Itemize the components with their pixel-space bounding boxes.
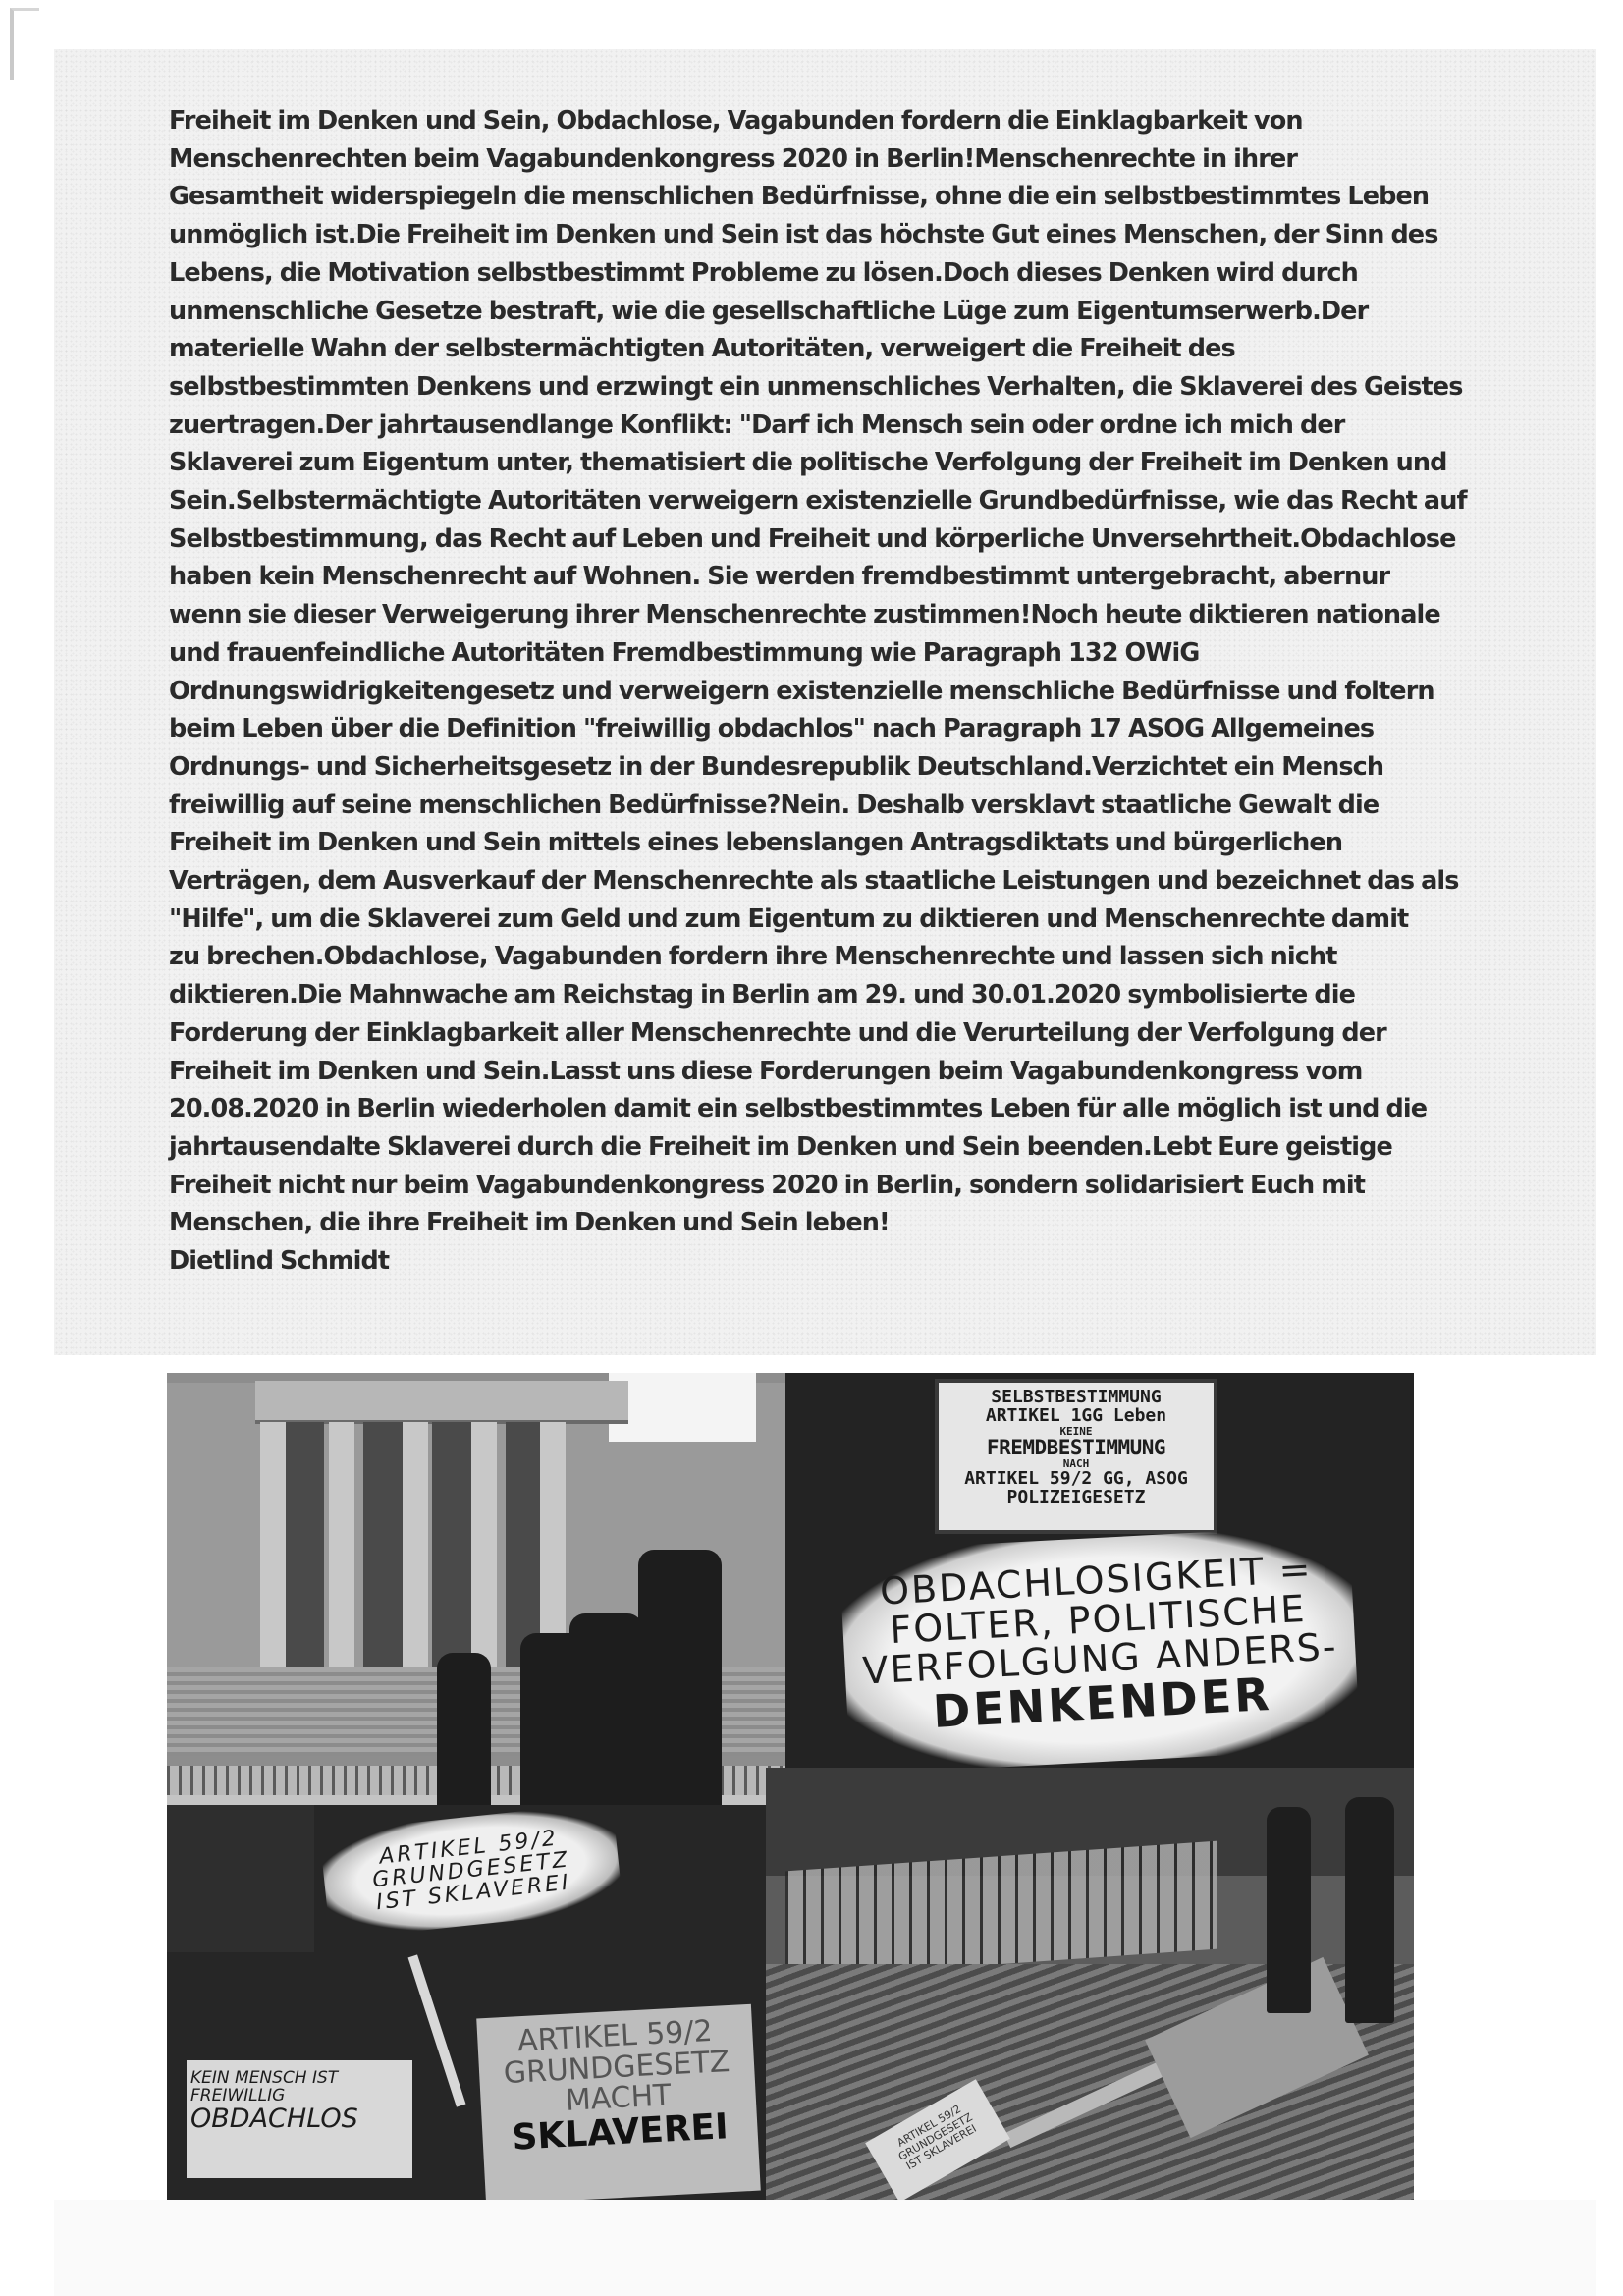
sign-grundgesetz-macht-sklaverei: ARTIKEL 59/2 GRUNDGESETZ MACHT SKLAVEREI (476, 2004, 761, 2200)
column-shadow (432, 1422, 471, 1667)
article-line: materielle Wahn der selbstermächtigten A… (169, 330, 1489, 368)
article-line: Ordnungs- und Sicherheitsgesetz in der B… (169, 748, 1489, 787)
article-line: unmöglich ist.Die Freiheit im Denken und… (169, 216, 1489, 254)
article-line: Freiheit im Denken und Sein mittels eine… (169, 824, 1489, 862)
article-line: beim Leben über die Definition "freiwill… (169, 710, 1489, 748)
photo-artikel-sign: ARTIKEL 59/2 GRUNDGESETZ IST SKLAVEREI (314, 1805, 785, 1952)
sign-text: FREMDBESTIMMUNG (939, 1437, 1214, 1458)
sign-text: FREIWILLIG (190, 2088, 408, 2105)
column (260, 1422, 286, 1667)
person-figure (1345, 1797, 1394, 2023)
article-line: Sein.Selbstermächtigte Autoritäten verwe… (169, 482, 1489, 520)
article-line: Freiheit im Denken und Sein.Lasst uns di… (169, 1053, 1489, 1091)
sign-selbstbestimmung: SELBSTBESTIMMUNG ARTIKEL 1GG Leben KEINE… (939, 1383, 1214, 1530)
article-line: Verträgen, dem Ausverkauf der Menschenre… (169, 862, 1489, 901)
article-line: diktieren.Die Mahnwache am Reichstag in … (169, 976, 1489, 1014)
photo-signs-bottom-left: KEIN MENSCH IST FREIWILLIG OBDACHLOS ART… (167, 1952, 795, 2200)
article-line: Gesamtheit widerspiegeln die menschliche… (169, 178, 1489, 216)
column (540, 1422, 566, 1667)
column-shadow (363, 1422, 403, 1667)
article-line: Selbstbestimmung, das Recht auf Leben un… (169, 520, 1489, 559)
sign-text: OBDACHLOS (190, 2105, 408, 2133)
person-figure (638, 1550, 722, 1805)
page-bottom-margin (54, 2200, 1596, 2296)
column (471, 1422, 497, 1667)
photo-barrier-pavement: ARTIKEL 59/2 GRUNDGESETZ IST SKLAVEREI (766, 1768, 1414, 2200)
sign-kein-mensch-freiwillig-obdachlos: KEIN MENSCH IST FREIWILLIG OBDACHLOS (187, 2060, 412, 2178)
article-body: Freiheit im Denken und Sein, Obdachlose,… (169, 102, 1489, 1281)
column (329, 1422, 354, 1667)
sign-pole (408, 1954, 466, 2106)
article-line: "Hilfe", um die Sklaverei zum Geld und z… (169, 901, 1489, 939)
article-line: Sklaverei zum Eigentum unter, thematisie… (169, 444, 1489, 482)
article-line: haben kein Menschenrecht auf Wohnen. Sie… (169, 558, 1489, 596)
article-line: jahrtausendalte Sklaverei durch die Frei… (169, 1128, 1489, 1167)
sign-text: ARTIKEL 1GG Leben (939, 1407, 1214, 1426)
person-figure (1267, 1807, 1311, 2013)
author-signature: Dietlind Schmidt (169, 1242, 1489, 1281)
photo-collage: SELBSTBESTIMMUNG ARTIKEL 1GG Leben KEINE… (167, 1373, 1414, 2200)
article-line: wenn sie dieser Verweigerung ihrer Mensc… (169, 596, 1489, 634)
sign-text: POLIZEIGESETZ (939, 1489, 1214, 1507)
article-line: Menschen, die ihre Freiheit im Denken un… (169, 1204, 1489, 1242)
article-line: 20.08.2020 in Berlin wiederholen damit e… (169, 1090, 1489, 1128)
photo-protest-signs: SELBSTBESTIMMUNG ARTIKEL 1GG Leben KEINE… (785, 1373, 1414, 1785)
scan-corner-mark (10, 8, 39, 80)
article-line: zuertragen.Der jahrtausendlange Konflikt… (169, 407, 1489, 445)
article-line: zu brechen.Obdachlose, Vagabunden forder… (169, 938, 1489, 976)
column-shadow (285, 1422, 324, 1667)
article-line: und frauenfeindliche Autoritäten Fremdbe… (169, 634, 1489, 673)
article-line: Forderung der Einklagbarkeit aller Mensc… (169, 1014, 1489, 1053)
person-figure (569, 1613, 643, 1805)
reichstag-pediment (255, 1381, 628, 1424)
sign-obdachlosigkeit-folter: OBDACHLOSIGKEIT = FOLTER, POLITISCHE VER… (839, 1525, 1360, 1776)
person-figure (437, 1653, 491, 1805)
column-shadow (506, 1422, 545, 1667)
article-line: Lebens, die Motivation selbstbestimmt Pr… (169, 254, 1489, 293)
article-line: Freiheit nicht nur beim Vagabundenkongre… (169, 1167, 1489, 1205)
article-line: selbstbestimmten Denkens und erzwingt ei… (169, 368, 1489, 407)
article-line: Freiheit im Denken und Sein, Obdachlose,… (169, 102, 1489, 140)
article-line: Ordnungswidrigkeitengesetz und verweiger… (169, 673, 1489, 711)
sign-text: ARTIKEL 59/2 GG, ASOG (939, 1470, 1214, 1489)
article-line: Menschenrechten beim Vagabundenkongress … (169, 140, 1489, 179)
photo-reichstag-vigil (167, 1373, 795, 1805)
sign-artikel-ist-sklaverei: ARTIKEL 59/2 GRUNDGESETZ IST SKLAVEREI (319, 1805, 623, 1940)
article-line: unmenschliche Gesetze bestraft, wie die … (169, 293, 1489, 331)
sky-patch (609, 1373, 756, 1442)
column (403, 1422, 428, 1667)
article-line: freiwillig auf seine menschlichen Bedürf… (169, 787, 1489, 825)
